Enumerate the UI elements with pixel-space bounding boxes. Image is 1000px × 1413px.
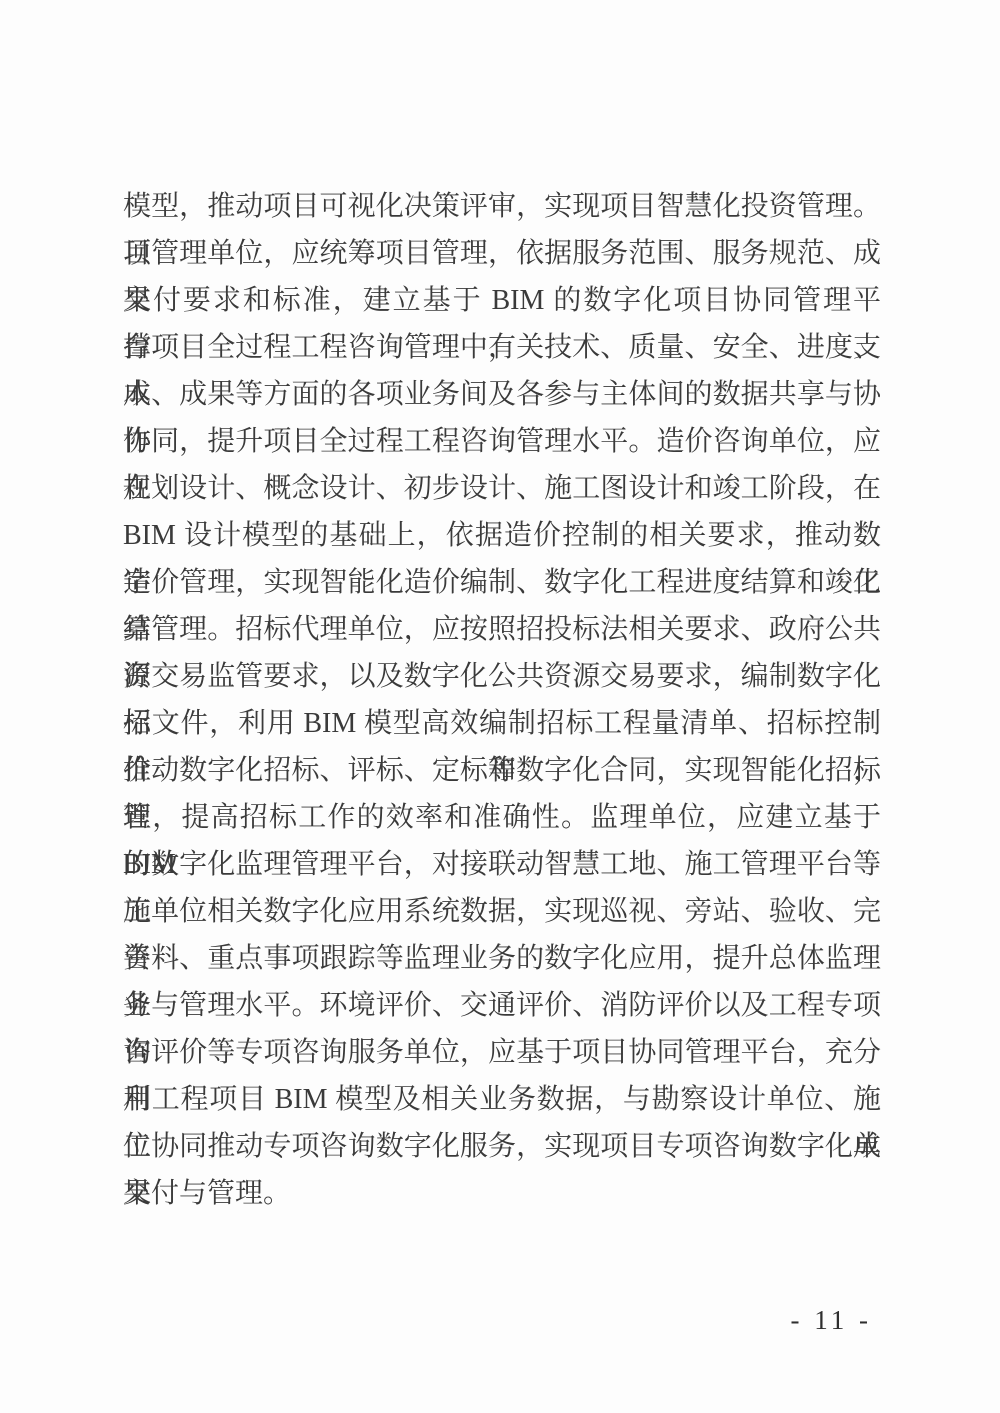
text-line: 用工程项目 BIM 模型及相关业务数据，与勘察设计单位、施工单 <box>123 1076 881 1123</box>
text-line: 本、成果等方面的各项业务间及各参与主体间的数据共享与协作 <box>123 371 881 418</box>
text-line: 交付要求和标准，建立基于 BIM 的数字化项目协同管理平台，支 <box>123 277 881 324</box>
text-line: 位协同推动专项咨询数字化服务，实现项目专项咨询数字化成果 <box>123 1123 881 1170</box>
text-line: 工单位相关数字化应用系统数据，实现巡视、旁站、验收、完善 <box>123 888 881 935</box>
text-line: 目管理单位，应统筹项目管理，依据服务范围、服务规范、成果 <box>123 230 881 277</box>
text-line: 询评价等专项咨询服务单位，应基于项目协同管理平台，充分利 <box>123 1029 881 1076</box>
text-line: 协同，提升项目全过程工程咨询管理水平。造价咨询单位，应在 <box>123 418 881 465</box>
text-line: 源交易监管要求，以及数字化公共资源交易要求，编制数字化招 <box>123 653 881 700</box>
page-number: - 11 - <box>791 1302 872 1338</box>
text-line: 撑项目全过程工程咨询管理中有关技术、质量、安全、进度、成 <box>123 324 881 371</box>
text-line: 规划设计、概念设计、初步设计、施工图设计和竣工阶段，在 <box>123 465 881 512</box>
text-line: BIM 设计模型的基础上，依据造价控制的相关要求，推动数字化 <box>123 512 881 559</box>
text-line: 理，提高招标工作的效率和准确性。监理单位，应建立基于 BIM <box>123 794 881 841</box>
text-line: 模型，推动项目可视化决策评审，实现项目智慧化投资管理。项 <box>123 183 881 230</box>
text-line: 交付与管理。 <box>123 1170 881 1217</box>
text-line: 务与管理水平。环境评价、交通评价、消防评价以及工程专项咨 <box>123 982 881 1029</box>
text-line: 造价管理，实现智能化造价编制、数字化工程进度结算和竣工结 <box>123 559 881 606</box>
paragraph-text-block: 模型，推动项目可视化决策评审，实现项目智慧化投资管理。项目管理单位，应统筹项目管… <box>123 183 881 1217</box>
text-line: 的数字化监理管理平台，对接联动智慧工地、施工管理平台等施 <box>123 841 881 888</box>
text-line: 算管理。招标代理单位，应按照招投标法相关要求、政府公共资 <box>123 606 881 653</box>
document-page: 模型，推动项目可视化决策评审，实现项目智慧化投资管理。项目管理单位，应统筹项目管… <box>0 0 1000 1413</box>
text-line: 标文件，利用 BIM 模型高效编制招标工程量清单、招标控制价等， <box>123 700 881 747</box>
text-line: 推动数字化招标、评标、定标和数字化合同，实现智能化招标管 <box>123 747 881 794</box>
text-line: 资料、重点事项跟踪等监理业务的数字化应用，提升总体监理业 <box>123 935 881 982</box>
